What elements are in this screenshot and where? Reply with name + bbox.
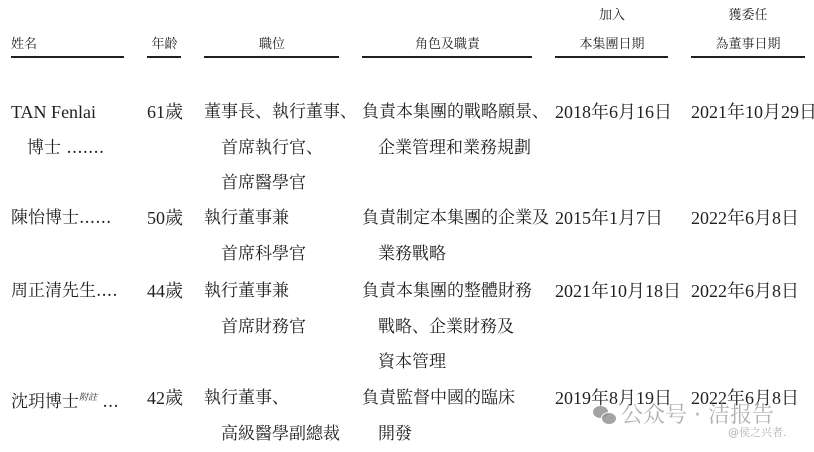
director-duties: 負責本集團的整體財務 bbox=[362, 281, 532, 301]
director-name-cont: 博士 ....... bbox=[27, 138, 104, 158]
director-duties: 負責監督中國的臨床 bbox=[362, 388, 515, 408]
join-date: 2018年6月16日 bbox=[555, 102, 672, 122]
director-age: 42歲 bbox=[147, 388, 183, 408]
header-label: 角色及職責 bbox=[415, 37, 480, 52]
director-duties: 業務戰略 bbox=[378, 244, 446, 264]
join-date: 2015年1月7日 bbox=[555, 208, 663, 228]
director-position: 首席執行官、 bbox=[221, 138, 323, 158]
wechat-icon bbox=[593, 406, 615, 424]
director-age: 50歲 bbox=[147, 208, 183, 228]
header-rule bbox=[204, 56, 339, 58]
director-date: 2022年6月8日 bbox=[691, 281, 799, 301]
header-rule bbox=[691, 56, 805, 58]
director-position: 高級醫學副總裁 bbox=[221, 424, 340, 444]
header-label: 職位 bbox=[259, 37, 285, 52]
director-duties: 開發 bbox=[378, 424, 412, 444]
join-date: 2021年10月18日 bbox=[555, 281, 681, 301]
director-position: 執行董事兼 bbox=[204, 281, 289, 301]
director-position: 執行董事兼 bbox=[204, 208, 289, 228]
director-name: 沈玥博士附註 ... bbox=[11, 388, 119, 412]
director-position: 首席醫學官 bbox=[221, 173, 306, 193]
director-duties: 戰略、企業財務及 bbox=[378, 317, 514, 337]
header-rule bbox=[555, 56, 668, 58]
leader-dots: ... bbox=[97, 392, 119, 412]
header-duties: 角色及職責 bbox=[362, 37, 533, 53]
header-label: 姓名 bbox=[11, 37, 37, 52]
header-position: 職位 bbox=[204, 37, 340, 53]
header-label: 年齡 bbox=[151, 37, 177, 52]
director-age: 44歲 bbox=[147, 281, 183, 301]
director-name: TAN Fenlai bbox=[11, 102, 96, 122]
director-position: 執行董事、 bbox=[204, 388, 289, 408]
director-duties: 負責本集團的戰略願景、 bbox=[362, 102, 549, 122]
director-name: 陳怡博士...... bbox=[11, 208, 111, 228]
director-position: 首席財務官 bbox=[221, 317, 306, 337]
header-join-date: 加入 本集團日期 bbox=[555, 8, 669, 53]
header-label-line1: 加入 bbox=[555, 8, 669, 24]
footnote-marker: 附註 bbox=[79, 393, 97, 403]
director-date: 2022年6月8日 bbox=[691, 208, 799, 228]
header-rule bbox=[362, 56, 532, 58]
director-duties: 負責制定本集團的企業及 bbox=[362, 208, 549, 228]
watermark-handle: @侯之兴者. bbox=[728, 424, 787, 440]
director-age: 61歲 bbox=[147, 102, 183, 122]
header-label-line2: 為董事日期 bbox=[691, 37, 805, 53]
director-name: 周正清先生.... bbox=[11, 281, 118, 301]
header-age: 年齡 bbox=[147, 37, 182, 53]
director-position: 首席科學官 bbox=[221, 244, 306, 264]
header-name: 姓名 bbox=[11, 37, 37, 53]
director-date: 2021年10月29日 bbox=[691, 102, 814, 122]
header-director-date: 獲委任 為董事日期 bbox=[691, 8, 805, 53]
director-name-text: 沈玥博士 bbox=[11, 392, 79, 412]
director-duties: 資本管理 bbox=[378, 352, 446, 372]
director-duties: 企業管理和業務規劃 bbox=[378, 138, 531, 158]
header-label-line2: 本集團日期 bbox=[555, 37, 669, 53]
header-rule bbox=[11, 56, 124, 58]
header-rule bbox=[147, 56, 181, 58]
director-position: 董事長、執行董事、 bbox=[204, 102, 357, 122]
header-label-line1: 獲委任 bbox=[691, 8, 805, 24]
